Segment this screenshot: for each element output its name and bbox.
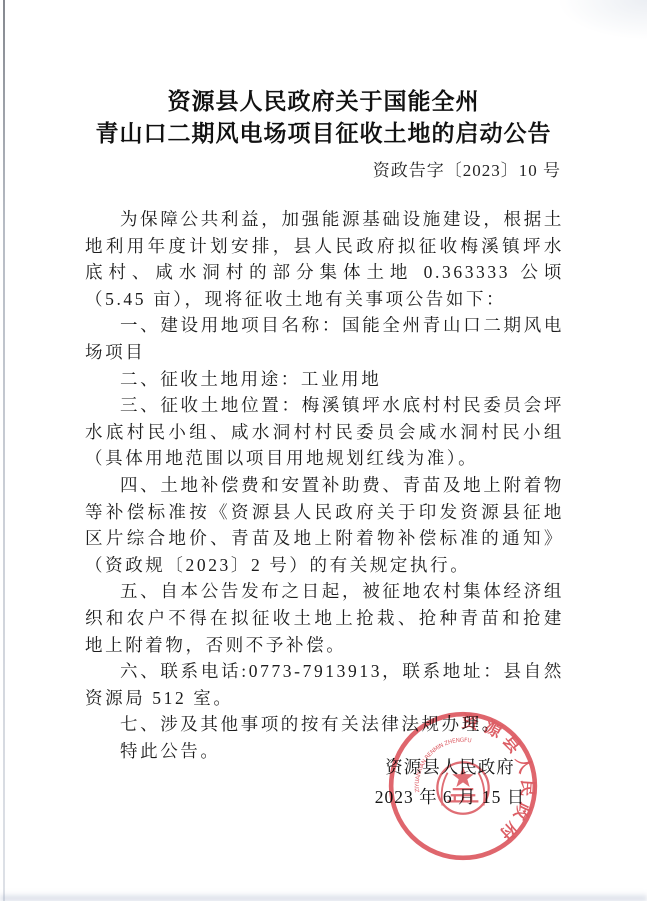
body-paragraph: 为保障公共利益，加强能源基础设施建设，根据土地利用年度计划安排，县人民政府拟征收…	[85, 206, 564, 312]
body-paragraph: 二、征收土地用途：工业用地	[85, 366, 564, 393]
document-page: 资源县人民政府关于国能全州 青山口二期风电场项目征收土地的启动公告 资政告字〔2…	[0, 0, 647, 901]
title-line-2: 青山口二期风电场项目征收土地的启动公告	[0, 118, 647, 150]
body-paragraph: 三、征收土地位置：梅溪镇坪水底村村民委员会坪水底村民小组、咸水洞村村民委员会咸水…	[85, 392, 564, 472]
page-title: 资源县人民政府关于国能全州 青山口二期风电场项目征收土地的启动公告	[0, 86, 647, 150]
body-paragraph: 六、联系电话:0773-7913913，联系地址：县自然资源局 512 室。	[85, 658, 564, 711]
document-number: 资政告字〔2023〕10 号	[373, 156, 561, 181]
national-emblem-icon	[437, 762, 488, 813]
title-line-1: 资源县人民政府关于国能全州	[0, 86, 647, 118]
body-paragraph: 一、建设用地项目名称：国能全州青山口二期风电场项目	[85, 312, 564, 365]
official-seal: 资源县人民政府 ZIYUANXIAN RENMIN ZHENGFU	[386, 709, 540, 863]
document-body: 为保障公共利益，加强能源基础设施建设，根据土地利用年度计划安排，县人民政府拟征收…	[85, 206, 564, 764]
body-paragraph: 四、土地补偿费和安置补助费、青苗及地上附着物等补偿标准按《资源县人民政府关于印发…	[85, 472, 564, 578]
body-paragraph: 五、自本公告发布之日起，被征地农村集体经济组织和农户不得在拟征收土地上抢栽、抢种…	[85, 578, 564, 658]
seal-ring-text: 资源县人民政府	[460, 711, 537, 848]
scan-bottom-shadow	[0, 892, 647, 901]
scan-corner-shade	[557, 0, 647, 40]
